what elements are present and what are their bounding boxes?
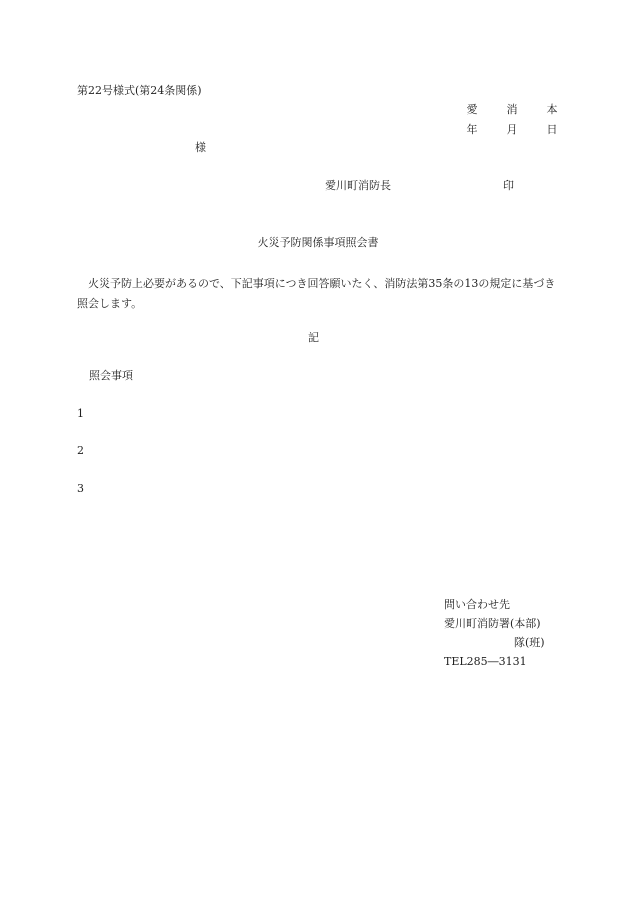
reference-number-row: 愛 消 本 — [466, 104, 558, 115]
document-title-wrap: 火災予防関係事項照会書 — [0, 237, 630, 248]
form-id: 第22号様式(第24条関係) — [77, 85, 202, 96]
inquiry-item-2: 2 — [77, 445, 84, 456]
seal-mark: 印 — [503, 180, 514, 191]
date-month-label: 月 — [506, 124, 518, 135]
reference-char: 愛 — [466, 104, 478, 115]
contact-tel: TEL285―3131 — [444, 652, 545, 671]
contact-block: 問い合わせ先 愛川町消防署(本部) 隊(班) TEL285―3131 — [444, 595, 545, 671]
date-year-label: 年 — [466, 124, 478, 135]
contact-label: 問い合わせ先 — [444, 595, 545, 614]
sender-name: 愛川町消防長 — [325, 180, 391, 191]
contact-office: 愛川町消防署(本部) — [444, 614, 545, 633]
date-day-label: 日 — [546, 124, 558, 135]
inquiry-item-1: 1 — [77, 408, 84, 419]
body-text: 火災予防上必要があるので、下記事項につき回答願いたく、消防法第35条の13の規定… — [77, 274, 557, 314]
addressee-suffix: 様 — [195, 142, 206, 153]
inquiry-heading: 照会事項 — [89, 370, 133, 381]
reference-char: 本 — [546, 104, 558, 115]
document-title: 火災予防関係事項照会書 — [258, 236, 379, 249]
contact-unit: 隊(班) — [444, 633, 545, 652]
ki-heading: 記 — [308, 332, 319, 343]
reference-char: 消 — [506, 104, 518, 115]
date-row: 年 月 日 — [466, 124, 558, 135]
inquiry-item-3: 3 — [77, 483, 84, 494]
